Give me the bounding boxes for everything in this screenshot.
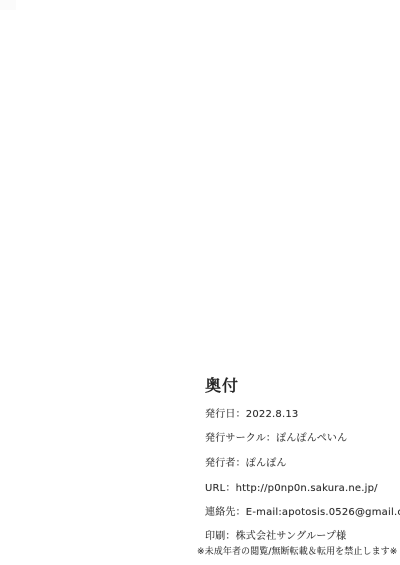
- colophon-page: 奥付 発行日：2022.8.13 発行サークル：ぽんぽんぺいん 発行者：ぽんぽん…: [0, 0, 400, 565]
- contact-email-line: 連絡先：E-mail:apotosis.0526@gmail.com: [205, 503, 400, 518]
- minors-prohibited-notice: ※未成年者の閲覧/無断転載＆転用を禁止します※: [197, 544, 397, 557]
- printer-line: 印刷：株式会社サングループ様: [205, 527, 346, 542]
- page-title: 奥付: [205, 373, 239, 396]
- publication-date-line: 発行日：2022.8.13: [205, 405, 299, 420]
- url-line: URL：http://p0np0n.sakura.ne.jp/: [205, 479, 378, 494]
- circle-name-line: 発行サークル：ぽんぽんぺいん: [205, 429, 347, 444]
- scan-artifact: [0, 0, 16, 10]
- publisher-line: 発行者：ぽんぽん: [205, 454, 287, 469]
